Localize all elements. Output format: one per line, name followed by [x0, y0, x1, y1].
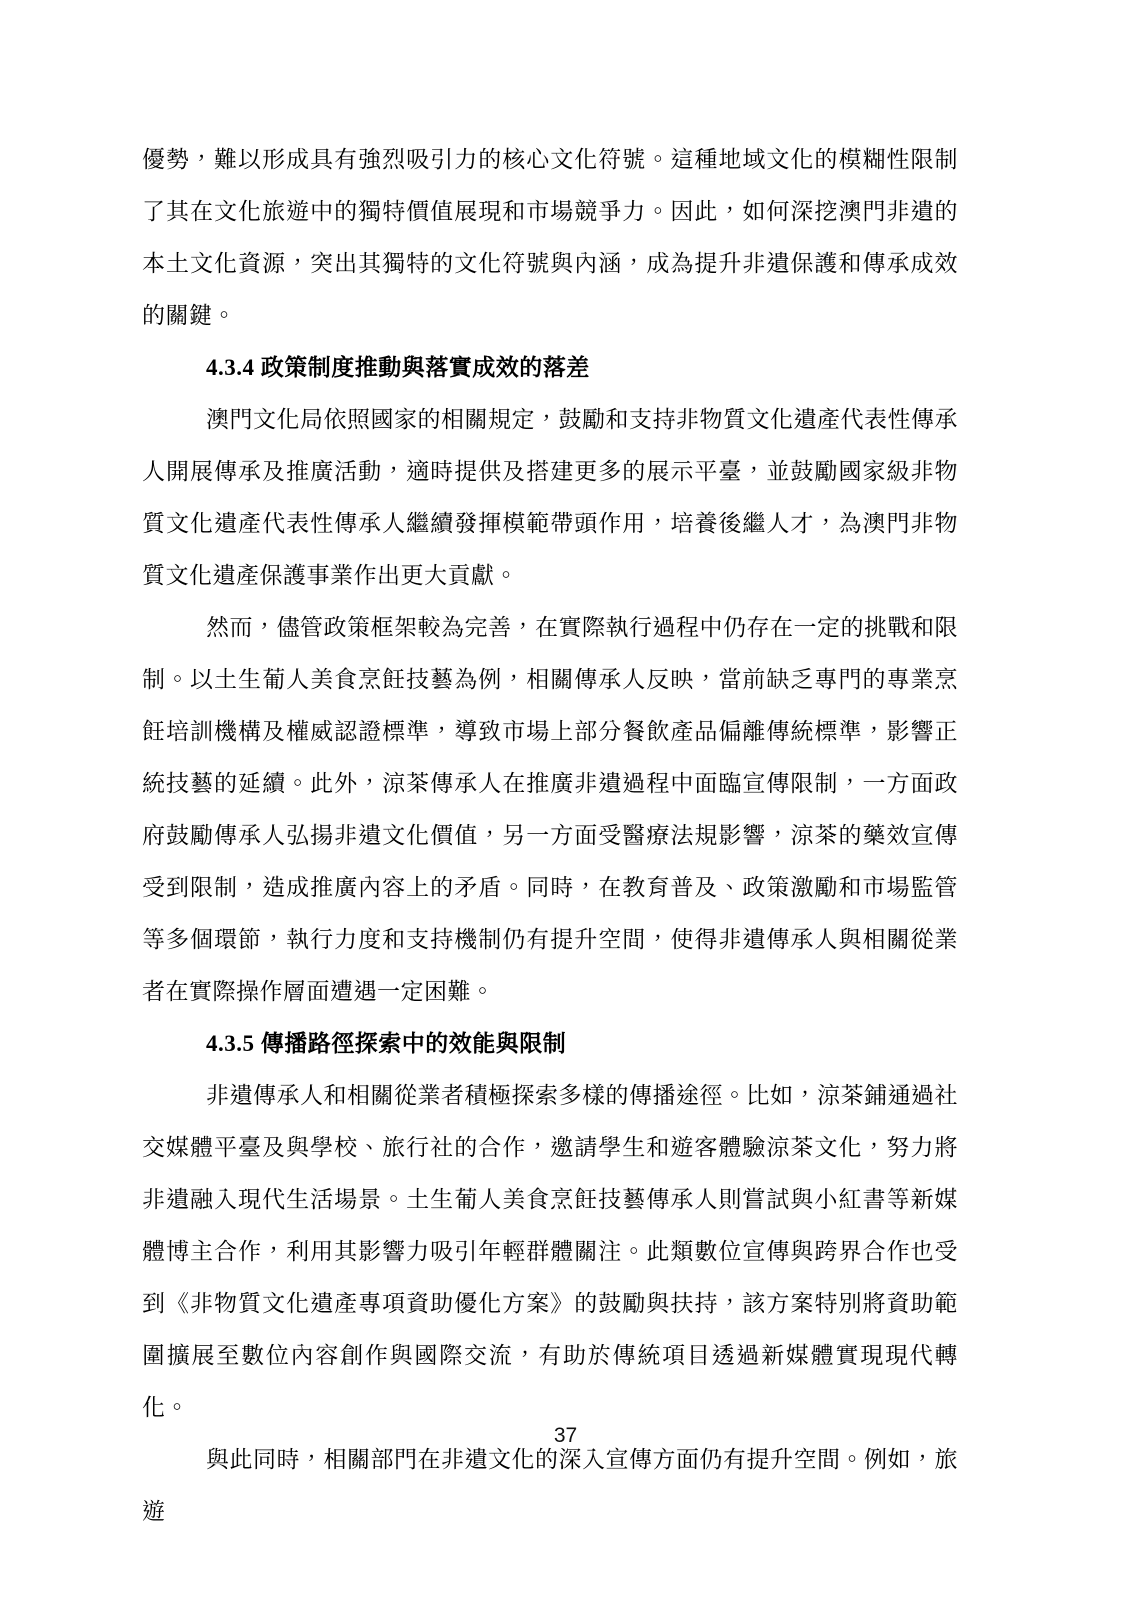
paragraph: 然而，儘管政策框架較為完善，在實際執行過程中仍存在一定的挑戰和限制。以土生葡人美… — [142, 602, 958, 1018]
page-content: 優勢，難以形成具有強烈吸引力的核心文化符號。這種地域文化的模糊性限制了其在文化旅… — [142, 134, 958, 1538]
section-heading-4-3-5: 4.3.5 傳播路徑探索中的效能與限制 — [142, 1018, 958, 1070]
paragraph: 與此同時，相關部門在非遺文化的深入宣傳方面仍有提升空間。例如，旅遊 — [142, 1434, 958, 1538]
paragraph-continuation: 優勢，難以形成具有強烈吸引力的核心文化符號。這種地域文化的模糊性限制了其在文化旅… — [142, 134, 958, 342]
paragraph: 澳門文化局依照國家的相關規定，鼓勵和支持非物質文化遺產代表性傳承人開展傳承及推廣… — [142, 394, 958, 602]
document-page: 優勢，難以形成具有強烈吸引力的核心文化符號。這種地域文化的模糊性限制了其在文化旅… — [0, 0, 1131, 1600]
section-heading-4-3-4: 4.3.4 政策制度推動與落實成效的落差 — [142, 342, 958, 394]
page-number: 37 — [0, 1424, 1131, 1448]
paragraph: 非遺傳承人和相關從業者積極探索多樣的傳播途徑。比如，涼茶鋪通過社交媒體平臺及與學… — [142, 1070, 958, 1434]
